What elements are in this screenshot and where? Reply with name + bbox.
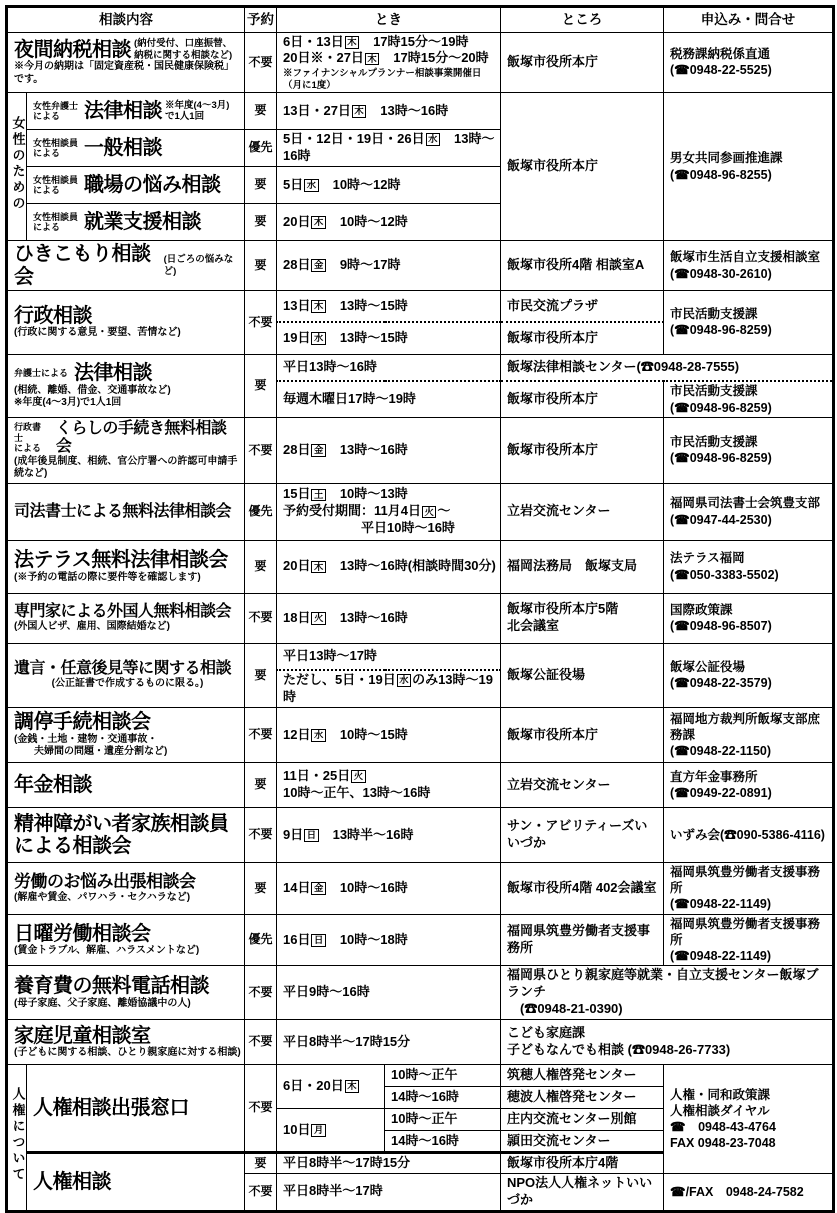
row-sub-note: ※今月の納期は「固定資産税・国民健康保険税」です。 bbox=[14, 61, 241, 86]
reserve-cell: 不要 bbox=[245, 593, 277, 643]
row-pre-label: 女性弁護士による bbox=[33, 101, 78, 122]
shiho-title-cell: 司法書士による無料法律相談会 bbox=[7, 483, 245, 540]
row-yuigon: 遺言・任意後見等に関する相談 (公正証書で作成するものに限る。) 要 平日13時… bbox=[7, 643, 834, 670]
gyoseishoshi-title-cell: 行政書士による くらしの手続き無料相談会 (成年後見制度、相続、官公庁署への許認… bbox=[7, 417, 245, 483]
where-cell: 飯塚市役所4階 402会議室 bbox=[501, 862, 664, 914]
row-side-note: ※年度(4～3月)で1人1回 bbox=[165, 100, 229, 123]
reserve-cell: 不要 bbox=[245, 1174, 277, 1212]
header-reserve: 予約 bbox=[245, 7, 277, 33]
row-rodo: 労働のお悩み出張相談会 (解雇や賃金、パワハラ・セクハラなど) 要 14日金 1… bbox=[7, 862, 834, 914]
when-cell: 平日13時～16時 bbox=[277, 354, 501, 381]
when-text: 6日・13日木 17時15分～19時20日※・27日木 17時15分～20時 bbox=[283, 34, 489, 66]
when-cell: 13日木 13時～15時 bbox=[277, 290, 501, 322]
when-cell: 20日木 13時～16時(相談時間30分) bbox=[277, 540, 501, 593]
contact-cell: 国際政策課(☎0948-96-8507) bbox=[664, 593, 834, 643]
row-title: 行政相談 bbox=[14, 305, 92, 327]
row-hikikomori: ひきこもり相談会 (日ごろの悩みなど) 要 28日金 9時～17時 飯塚市役所4… bbox=[7, 241, 834, 291]
when-cell: 5日・12日・19日・26日水 13時～16時 bbox=[277, 130, 501, 167]
row-sub-note: (相続、離婚、借金、交通事故など)※年度(4～3月)で1人1回 bbox=[14, 385, 241, 410]
when-slot-cell: 14時～16時 bbox=[385, 1131, 501, 1153]
nichiyo-title-cell: 日曜労働相談会 (賃金トラブル、解雇、ハラスメントなど) bbox=[7, 914, 245, 966]
row-yoikuhi: 養育費の無料電話相談 (母子家庭、父子家庭、離婚協議中の人) 不要 平日9時～1… bbox=[7, 966, 834, 1020]
women-employment-title-cell: 女性相談員による 就業支援相談 bbox=[27, 204, 245, 241]
row-title: 家庭児童相談室 bbox=[14, 1025, 151, 1047]
row-seishin: 精神障がい者家族相談員による相談会 不要 9日日 13時半～16時 サン・アビリ… bbox=[7, 807, 834, 862]
when-cell: 平日8時半～17時15分 bbox=[277, 1020, 501, 1065]
reserve-cell: 要 bbox=[245, 1153, 277, 1174]
chotei-title-cell: 調停手続相談会 (金銭・土地・建物・交通事故・ 夫婦間の問題・遺産分割など) bbox=[7, 707, 245, 762]
contact-cell: 市民活動支援課(☎0948-96-8259) bbox=[664, 417, 834, 483]
row-sub-note: (成年後見制度、相続、官公庁署への許認可申請手続など) bbox=[14, 456, 241, 481]
row-jinken-madoguchi: 人権について 人権相談出張窓口 不要 6日・20日木 10時～正午 筑穂人権啓発… bbox=[7, 1065, 834, 1087]
where-cell: サン・アビリティーズいいづか bbox=[501, 807, 664, 862]
header-consult: 相談内容 bbox=[7, 7, 245, 33]
when-cell: 12日水 10時～15時 bbox=[277, 707, 501, 762]
row-pre-label: 女性相談員による bbox=[33, 175, 78, 196]
row-title: 職場の悩み相談 bbox=[84, 174, 221, 196]
nenkin-title-cell: 年金相談 bbox=[7, 762, 245, 807]
reserve-cell: 不要 bbox=[245, 32, 277, 93]
contact-cell: 市民活動支援課(☎0948-96-8259) bbox=[664, 381, 834, 417]
contact-cell: 人権・同和政策課人権相談ダイヤル☎ 0948-43-4764FAX 0948-2… bbox=[664, 1065, 834, 1174]
reserve-cell: 要 bbox=[245, 540, 277, 593]
row-sub-note: (金銭・土地・建物・交通事故・ 夫婦間の問題・遺産分割など) bbox=[14, 734, 241, 759]
row-title: 精神障がい者家族相談員による相談会 bbox=[14, 813, 229, 858]
contact-cell: 福岡県筑豊労働者支援事務所(☎0948-22-1149) bbox=[664, 914, 834, 966]
where-cell: 飯塚市役所本庁4階 bbox=[501, 1153, 664, 1174]
reserve-cell: 要 bbox=[245, 862, 277, 914]
where-cell: 筑穂人権啓発センター bbox=[501, 1065, 664, 1087]
when-cell: 19日水 13時～15時 bbox=[277, 322, 501, 354]
when-cell: 6日・13日木 17時15分～19時20日※・27日木 17時15分～20時 ※… bbox=[277, 32, 501, 93]
row-title: 就業支援相談 bbox=[84, 211, 201, 233]
when-date-cell: 6日・20日木 bbox=[277, 1065, 385, 1109]
women-legal-title-cell: 女性弁護士による 法律相談 ※年度(4～3月)で1人1回 bbox=[27, 93, 245, 130]
reserve-cell: 優先 bbox=[245, 914, 277, 966]
when-slot-cell: 10時～正午 bbox=[385, 1065, 501, 1087]
row-side-note: (納付受付、口座振替、納税に関する相談など) bbox=[134, 38, 232, 61]
reserve-cell: 不要 bbox=[245, 707, 277, 762]
row-title: 夜間納税相談 bbox=[14, 39, 131, 61]
reserve-cell: 優先 bbox=[245, 130, 277, 167]
women-workplace-title-cell: 女性相談員による 職場の悩み相談 bbox=[27, 167, 245, 204]
row-title: 日曜労働相談会 bbox=[14, 923, 151, 945]
reserve-cell: 要 bbox=[245, 167, 277, 204]
contact-cell: 福岡県司法書士会筑豊支部(☎0947-44-2530) bbox=[664, 483, 834, 540]
when-cell: 毎週木曜日17時～19時 bbox=[277, 381, 501, 417]
reserve-cell: 要 bbox=[245, 93, 277, 130]
table-header-row: 相談内容 予約 とき ところ 申込み・問合せ bbox=[7, 7, 834, 33]
row-title: 調停手続相談会 bbox=[14, 711, 151, 733]
contact-cell: 福岡県筑豊労働者支援事務所(☎0948-22-1149) bbox=[664, 862, 834, 914]
where-cell: 市民交流プラザ bbox=[501, 290, 664, 322]
contact-cell: 福岡地方裁判所飯塚支部庶務課(☎0948-22-1150) bbox=[664, 707, 834, 762]
where-cell: 頴田交流センター bbox=[501, 1131, 664, 1153]
reserve-cell: 要 bbox=[245, 762, 277, 807]
row-gaikokujin: 専門家による外国人無料相談会 (外国人ビザ、雇用、国際結婚など) 不要 18日火… bbox=[7, 593, 834, 643]
row-sub-note: (母子家庭、父子家庭、離婚協議中の人) bbox=[14, 998, 241, 1011]
when-cell: 18日火 13時～16時 bbox=[277, 593, 501, 643]
when-slot-cell: 10時～正午 bbox=[385, 1109, 501, 1131]
jinken-madoguchi-title-cell: 人権相談出張窓口 bbox=[27, 1065, 245, 1153]
row-sub-note: (外国人ビザ、雇用、国際結婚など) bbox=[14, 621, 241, 634]
hikikomori-title-cell: ひきこもり相談会 (日ごろの悩みなど) bbox=[7, 241, 245, 291]
when-date-cell: 10日月 bbox=[277, 1109, 385, 1153]
row-sub-note: (行政に関する意見・要望、苦情など) bbox=[14, 327, 241, 340]
where-cell: 庄内交流センター別館 bbox=[501, 1109, 664, 1131]
when-cell: 11日・25日火10時～正午、13時～16時 bbox=[277, 762, 501, 807]
row-pre-label: 弁護士による bbox=[14, 368, 68, 378]
reserve-cell: 優先 bbox=[245, 483, 277, 540]
row-nenkin: 年金相談 要 11日・25日火10時～正午、13時～16時 立岩交流センター 直… bbox=[7, 762, 834, 807]
row-nichiyo: 日曜労働相談会 (賃金トラブル、解雇、ハラスメントなど) 優先 16日日 10時… bbox=[7, 914, 834, 966]
row-title: 労働のお悩み出張相談会 bbox=[14, 872, 196, 891]
row-title: 専門家による外国人無料相談会 bbox=[14, 603, 231, 621]
reserve-cell: 不要 bbox=[245, 290, 277, 354]
where-cell: 飯塚市役所4階 相談室A bbox=[501, 241, 664, 291]
row-title: 法律相談 bbox=[74, 362, 152, 384]
row-title: 一般相談 bbox=[84, 137, 162, 159]
when-cell: 平日8時半～17時15分 bbox=[277, 1153, 501, 1174]
when-cell: 15日土 10時～13時予約受付期間：11月4日火～ 平日10時～16時 bbox=[277, 483, 501, 540]
row-pre-label: 行政書士による bbox=[14, 422, 50, 453]
row-gyosei: 行政相談 (行政に関する意見・要望、苦情など) 不要 13日木 13時～15時 … bbox=[7, 290, 834, 322]
when-cell: 28日金 9時～17時 bbox=[277, 241, 501, 291]
when-cell: ただし、5日・19日水のみ13時～19時 bbox=[277, 670, 501, 707]
jinken-sodan-title-cell: 人権相談 bbox=[27, 1153, 245, 1212]
reserve-cell: 要 bbox=[245, 643, 277, 707]
row-shiho: 司法書士による無料法律相談会 優先 15日土 10時～13時予約受付期間：11月… bbox=[7, 483, 834, 540]
row-title: ひきこもり相談会 bbox=[14, 243, 161, 288]
row-bengoshi: 弁護士による 法律相談 (相続、離婚、借金、交通事故など)※年度(4～3月)で1… bbox=[7, 354, 834, 381]
row-title: 遺言・任意後見等に関する相談 bbox=[14, 660, 231, 678]
row-title: 養育費の無料電話相談 bbox=[14, 975, 209, 997]
where-cell: 飯塚市役所本庁 bbox=[501, 93, 664, 241]
header-when: とき bbox=[277, 7, 501, 33]
where-cell: NPO法人人権ネットいいづか bbox=[501, 1174, 664, 1212]
contact-cell: 直方年金事務所(☎0949-22-0891) bbox=[664, 762, 834, 807]
header-contact: 申込み・問合せ bbox=[664, 7, 834, 33]
rodo-title-cell: 労働のお悩み出張相談会 (解雇や賃金、パワハラ・セクハラなど) bbox=[7, 862, 245, 914]
row-title: 人権相談出張窓口 bbox=[33, 1097, 189, 1119]
where-cell: 飯塚市役所本庁 bbox=[501, 322, 664, 354]
row-sub-note: (賃金トラブル、解雇、ハラスメントなど) bbox=[14, 945, 241, 958]
gyosei-title-cell: 行政相談 (行政に関する意見・要望、苦情など) bbox=[7, 290, 245, 354]
reserve-cell: 要 bbox=[245, 354, 277, 417]
row-women-legal: 女性のための 女性弁護士による 法律相談 ※年度(4～3月)で1人1回 要 13… bbox=[7, 93, 834, 130]
where-cell: 穂波人権啓発センター bbox=[501, 1087, 664, 1109]
when-cell: 9日日 13時半～16時 bbox=[277, 807, 501, 862]
reserve-cell: 不要 bbox=[245, 417, 277, 483]
row-title: くらしの手続き無料相談会 bbox=[56, 420, 241, 456]
header-where: ところ bbox=[501, 7, 664, 33]
yoikuhi-title-cell: 養育費の無料電話相談 (母子家庭、父子家庭、離婚協議中の人) bbox=[7, 966, 245, 1020]
bengoshi-title-cell: 弁護士による 法律相談 (相続、離婚、借金、交通事故など)※年度(4～3月)で1… bbox=[7, 354, 245, 417]
row-houterasu: 法テラス無料法律相談会 (※予約の電話の際に要件等を確認します) 要 20日木 … bbox=[7, 540, 834, 593]
katei-title-cell: 家庭児童相談室 (子どもに関する相談、ひとり親家庭に対する相談) bbox=[7, 1020, 245, 1065]
row-pre-label: 女性相談員による bbox=[33, 212, 78, 233]
where-cell: 立岩交流センター bbox=[501, 483, 664, 540]
row-title: 人権相談 bbox=[33, 1171, 111, 1193]
when-cell: 13日・27日木 13時～16時 bbox=[277, 93, 501, 130]
gaikokujin-title-cell: 専門家による外国人無料相談会 (外国人ビザ、雇用、国際結婚など) bbox=[7, 593, 245, 643]
where-cell: 福岡法務局 飯塚支局 bbox=[501, 540, 664, 593]
row-gyoseishoshi: 行政書士による くらしの手続き無料相談会 (成年後見制度、相続、官公庁署への許認… bbox=[7, 417, 834, 483]
row-sub-note: (子どもに関する相談、ひとり親家庭に対する相談) bbox=[14, 1047, 241, 1060]
row-chotei: 調停手続相談会 (金銭・土地・建物・交通事故・ 夫婦間の問題・遺産分割など) 不… bbox=[7, 707, 834, 762]
where-cell: 飯塚公証役場 bbox=[501, 643, 664, 707]
reserve-cell: 不要 bbox=[245, 966, 277, 1020]
reserve-cell: 要 bbox=[245, 241, 277, 291]
row-title: 司法書士による無料法律相談会 bbox=[14, 503, 231, 521]
section-label-rights: 人権について bbox=[7, 1065, 27, 1212]
row-sub-note: (解雇や賃金、パワハラ・セクハラなど) bbox=[14, 892, 241, 905]
houterasu-title-cell: 法テラス無料法律相談会 (※予約の電話の際に要件等を確認します) bbox=[7, 540, 245, 593]
when-cell: 平日9時～16時 bbox=[277, 966, 501, 1020]
reserve-cell: 不要 bbox=[245, 807, 277, 862]
where-contact-cell: 飯塚法律相談センター(☎0948-28-7555) bbox=[501, 354, 834, 381]
where-cell: 飯塚市役所本庁5階北会議室 bbox=[501, 593, 664, 643]
women-general-title-cell: 女性相談員による 一般相談 bbox=[27, 130, 245, 167]
row-katei: 家庭児童相談室 (子どもに関する相談、ひとり親家庭に対する相談) 不要 平日8時… bbox=[7, 1020, 834, 1065]
when-cell: 20日木 10時～12時 bbox=[277, 204, 501, 241]
contact-cell: 税務課納税係直通(☎0948-22-5525) bbox=[664, 32, 834, 93]
when-note: ※ファイナンシャルプランナー相談事業開催日（月に1度） bbox=[283, 68, 496, 91]
row-sub-note: (公正証書で作成するものに限る。) bbox=[14, 678, 241, 691]
when-cell: 平日13時～17時 bbox=[277, 643, 501, 670]
row-side-note: (日ごろの悩みなど) bbox=[164, 254, 241, 277]
when-cell: 平日8時半～17時 bbox=[277, 1174, 501, 1212]
contact-cell: いずみ会(☎090-5386-4116) bbox=[664, 807, 834, 862]
contact-cell: 男女共同参画推進課(☎0948-96-8255) bbox=[664, 93, 834, 241]
when-cell: 14日金 10時～16時 bbox=[277, 862, 501, 914]
where-cell: 立岩交流センター bbox=[501, 762, 664, 807]
where-cell: 飯塚市役所本庁 bbox=[501, 381, 664, 417]
yuigon-title-cell: 遺言・任意後見等に関する相談 (公正証書で作成するものに限る。) bbox=[7, 643, 245, 707]
where-cell: 福岡県筑豊労働者支援事務所 bbox=[501, 914, 664, 966]
where-contact-cell: 福岡県ひとり親家庭等就業・自立支援センター飯塚ブランチ (☎0948-21-03… bbox=[501, 966, 834, 1020]
row-pre-label: 女性相談員による bbox=[33, 138, 78, 159]
row-title: 法テラス無料法律相談会 bbox=[14, 549, 228, 571]
newsletter-page: 相談内容 予約 とき ところ 申込み・問合せ 夜間納税相談 (納付受付、口座振替… bbox=[0, 0, 837, 1139]
reserve-cell: 不要 bbox=[245, 1065, 277, 1153]
contact-cell: 市民活動支援課(☎0948-96-8259) bbox=[664, 290, 834, 354]
when-cell: 28日金 13時～16時 bbox=[277, 417, 501, 483]
contact-cell: 法テラス福岡(☎050-3383-5502) bbox=[664, 540, 834, 593]
reserve-cell: 不要 bbox=[245, 1020, 277, 1065]
when-slot-cell: 14時～16時 bbox=[385, 1087, 501, 1109]
when-cell: 16日日 10時～18時 bbox=[277, 914, 501, 966]
section-label-women: 女性のための bbox=[7, 93, 27, 241]
row-night-tax: 夜間納税相談 (納付受付、口座振替、納税に関する相談など) ※今月の納期は「固定… bbox=[7, 32, 834, 93]
seishin-title-cell: 精神障がい者家族相談員による相談会 bbox=[7, 807, 245, 862]
contact-cell: 飯塚公証役場(☎0948-22-3579) bbox=[664, 643, 834, 707]
night-tax-title-cell: 夜間納税相談 (納付受付、口座振替、納税に関する相談など) ※今月の納期は「固定… bbox=[7, 32, 245, 93]
where-contact-cell: こども家庭課子どもなんでも相談 (☎0948-26-7733) bbox=[501, 1020, 834, 1065]
contact-cell: 飯塚市生活自立支援相談室(☎0948-30-2610) bbox=[664, 241, 834, 291]
where-cell: 飯塚市役所本庁 bbox=[501, 32, 664, 93]
row-title: 法律相談 bbox=[84, 100, 162, 122]
where-cell: 飯塚市役所本庁 bbox=[501, 417, 664, 483]
reserve-cell: 要 bbox=[245, 204, 277, 241]
where-cell: 飯塚市役所本庁 bbox=[501, 707, 664, 762]
row-title: 年金相談 bbox=[14, 774, 92, 796]
row-sub-note: (※予約の電話の際に要件等を確認します) bbox=[14, 572, 241, 585]
when-cell: 5日水 10時～12時 bbox=[277, 167, 501, 204]
contact-cell: ☎/FAX 0948-24-7582 bbox=[664, 1174, 834, 1212]
consultation-table: 相談内容 予約 とき ところ 申込み・問合せ 夜間納税相談 (納付受付、口座振替… bbox=[5, 5, 835, 1213]
